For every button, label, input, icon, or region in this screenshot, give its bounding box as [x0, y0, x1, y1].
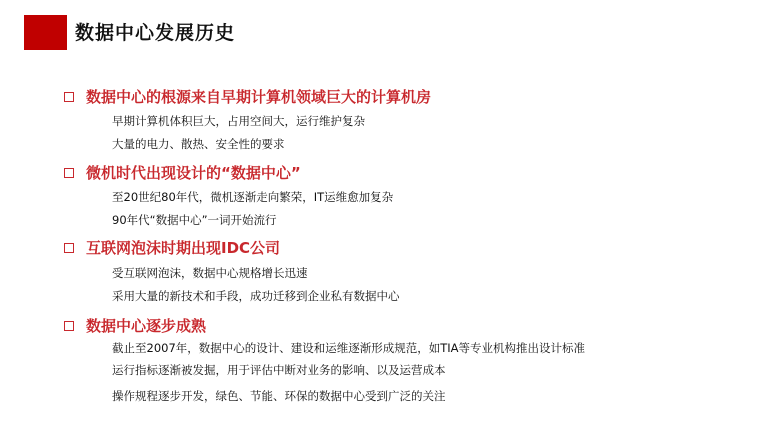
page-title: 数据中心发展历史	[75, 20, 235, 46]
list-item: 早期计算机体积巨大，占用空间大，运行维护复杂	[112, 113, 365, 129]
section-2-heading: 微机时代出现设计的“数据中心”	[64, 163, 301, 183]
list-item: 运行指标逐渐被发掘，用于评估中断对业务的影响、以及运营成本	[112, 362, 446, 378]
heading-text: 数据中心的根源来自早期计算机领域巨大的计算机房	[86, 87, 431, 107]
list-item: 大量的电力、散热、安全性的要求	[112, 136, 285, 152]
section-1-heading: 数据中心的根源来自早期计算机领域巨大的计算机房	[64, 87, 431, 107]
list-item: 至20世纪80年代，微机逐渐走向繁荣，IT运维愈加复杂	[112, 189, 393, 205]
list-item: 操作规程逐步开发，绿色、节能、环保的数据中心受到广泛的关注	[112, 388, 446, 404]
section-4-heading: 数据中心逐步成熟	[64, 316, 206, 336]
checkbox-bullet-icon	[64, 243, 74, 253]
checkbox-bullet-icon	[64, 168, 74, 178]
checkbox-bullet-icon	[64, 92, 74, 102]
list-item: 截止至2007年，数据中心的设计、建设和运维逐渐形成规范，如TIA等专业机构推出…	[112, 340, 585, 356]
title-accent-square	[24, 15, 67, 50]
list-item: 采用大量的新技术和手段，成功迁移到企业私有数据中心	[112, 288, 400, 304]
heading-text: 微机时代出现设计的“数据中心”	[86, 163, 301, 183]
list-item: 受互联网泡沫，数据中心规格增长迅速	[112, 265, 308, 281]
heading-text: 数据中心逐步成熟	[86, 316, 206, 336]
checkbox-bullet-icon	[64, 321, 74, 331]
heading-text: 互联网泡沫时期出现IDC公司	[86, 238, 280, 258]
section-3-heading: 互联网泡沫时期出现IDC公司	[64, 238, 280, 258]
list-item: 90年代“数据中心”一词开始流行	[112, 212, 277, 228]
